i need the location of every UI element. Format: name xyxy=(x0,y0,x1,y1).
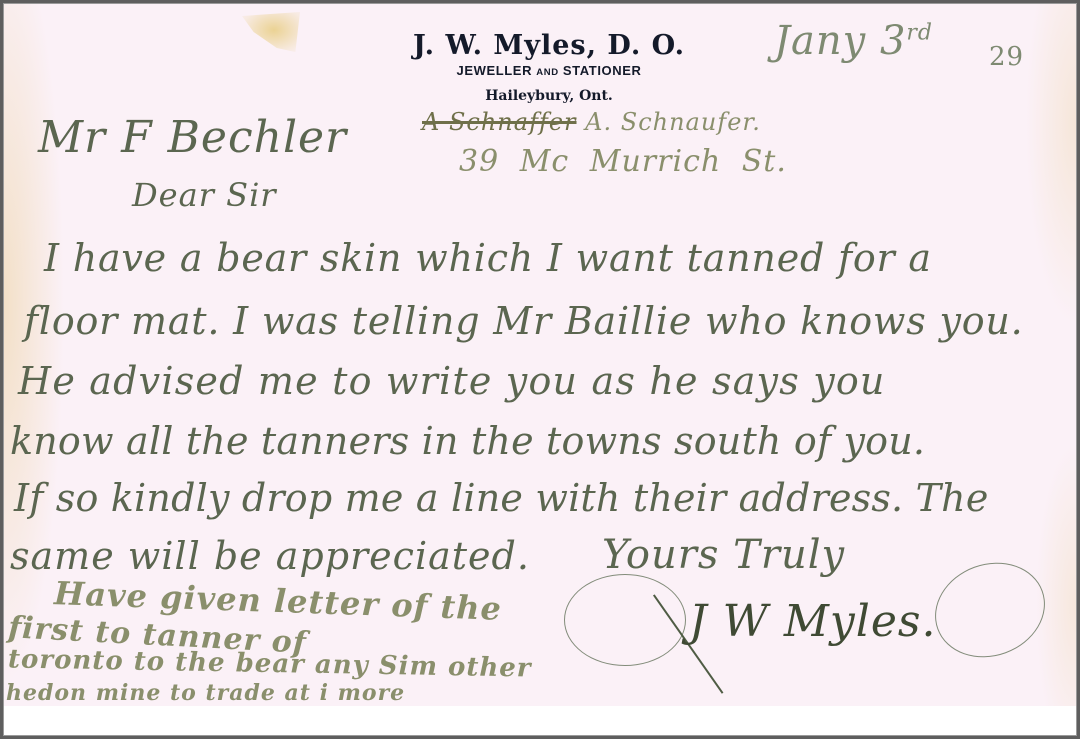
recipient-name: Mr F Bechler xyxy=(38,112,347,163)
recipient-address: 39 Mc Murrich St. xyxy=(459,144,787,179)
annotation-line-3: toronto to the bear any Sim other xyxy=(8,644,532,683)
care-of-line: A Schnaffer A. Schnaufer. xyxy=(422,108,761,136)
paper-stain xyxy=(242,12,300,52)
body-line-4: know all the tanners in the towns south … xyxy=(10,419,925,463)
date-month-day: Jany 3rd xyxy=(774,18,933,64)
body-line-3: He advised me to write you as he says yo… xyxy=(18,359,886,403)
signature: J W Myles. xyxy=(689,596,936,647)
date-year: 29 xyxy=(989,42,1024,72)
signature-flourish xyxy=(922,548,1059,673)
letterhead-city: Haileybury, Ont. xyxy=(384,84,714,108)
letter-paper: J. W. Myles, D. O. JEWELLER AND STATIONE… xyxy=(4,4,1076,706)
body-line-2: floor mat. I was telling Mr Baillie who … xyxy=(24,299,1024,343)
body-line-1: I have a bear skin which I want tanned f… xyxy=(44,236,932,280)
letterhead: J. W. Myles, D. O. JEWELLER AND STATIONE… xyxy=(384,30,714,108)
body-line-5: If so kindly drop me a line with their a… xyxy=(14,476,989,520)
document-frame: J. W. Myles, D. O. JEWELLER AND STATIONE… xyxy=(3,3,1077,736)
annotation-line-4: hedon mine to trade at i more xyxy=(6,680,405,706)
care-of-name: A. Schnaufer. xyxy=(585,108,761,136)
letterhead-trade: JEWELLER AND STATIONER xyxy=(384,62,714,82)
greeting: Dear Sir xyxy=(132,176,277,214)
signature-flourish xyxy=(564,574,686,666)
letterhead-name: J. W. Myles, D. O. xyxy=(384,30,714,62)
valediction: Yours Truly xyxy=(602,532,845,578)
body-line-6: same will be appreciated. xyxy=(10,534,530,578)
crossed-out-name: A Schnaffer xyxy=(422,108,577,136)
scan-margin xyxy=(4,706,1076,735)
